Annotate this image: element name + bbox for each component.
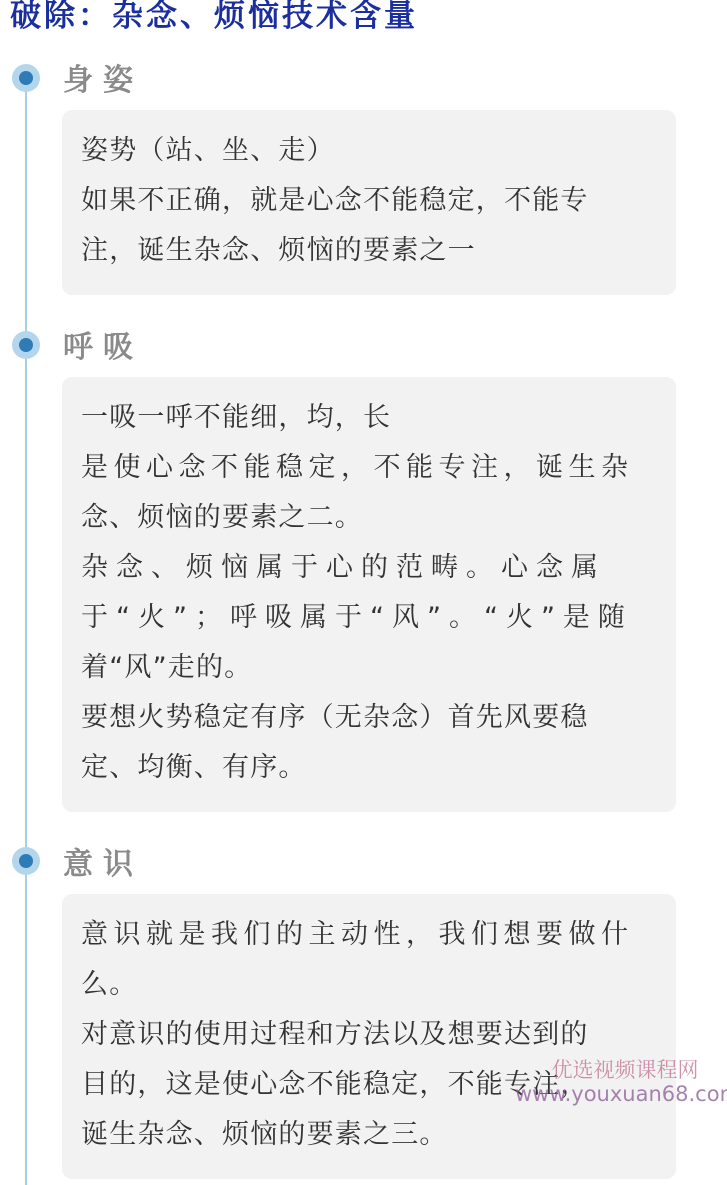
timeline-dot-icon [12,64,40,92]
card-line: 诞生杂念、烦恼的要素之三。 [81,1110,658,1160]
card-line: 意识就是我们的主动性，我们想要做什 [81,910,658,960]
card-line: 念、烦恼的要素之二。 [81,493,658,543]
card-line: 于“火”；呼吸属于“风”。“火”是随 [81,593,658,643]
content-card: 一吸一呼不能细，均，长 是使心念不能稳定，不能专注，诞生杂 念、烦恼的要素之二。… [62,377,676,812]
card-line: 目的，这是使心念不能稳定，不能专注， [81,1060,658,1110]
timeline-dot-icon [12,331,40,359]
card-line: 姿势（站、坐、走） [81,126,658,176]
timeline-line [25,80,27,1185]
content-card: 姿势（站、坐、走） 如果不正确，就是心念不能稳定，不能专 注，诞生杂念、烦恼的要… [62,110,676,295]
card-line: 注，诞生杂念、烦恼的要素之一 [81,226,658,276]
card-line: 定、均衡、有序。 [81,743,658,793]
page-title: 破除：杂念、烦恼技术含量 [10,0,418,38]
card-line: 么。 [81,960,658,1010]
content-card: 意识就是我们的主动性，我们想要做什 么。 对意识的使用过程和方法以及想要达到的 … [62,894,676,1179]
section-heading: 身姿 [63,61,143,101]
section-heading: 呼吸 [63,328,143,368]
card-line: 如果不正确，就是心念不能稳定，不能专 [81,176,658,226]
card-line: 对意识的使用过程和方法以及想要达到的 [81,1010,658,1060]
card-line: 着“风”走的。 [81,643,658,693]
card-line: 要想火势稳定有序（无杂念）首先风要稳 [81,693,658,743]
card-line: 杂念、烦恼属于心的范畴。心念属 [81,543,658,593]
card-line: 一吸一呼不能细，均，长 [81,393,658,443]
section-heading: 意识 [63,845,143,885]
timeline-dot-icon [12,847,40,875]
card-line: 是使心念不能稳定，不能专注，诞生杂 [81,443,658,493]
